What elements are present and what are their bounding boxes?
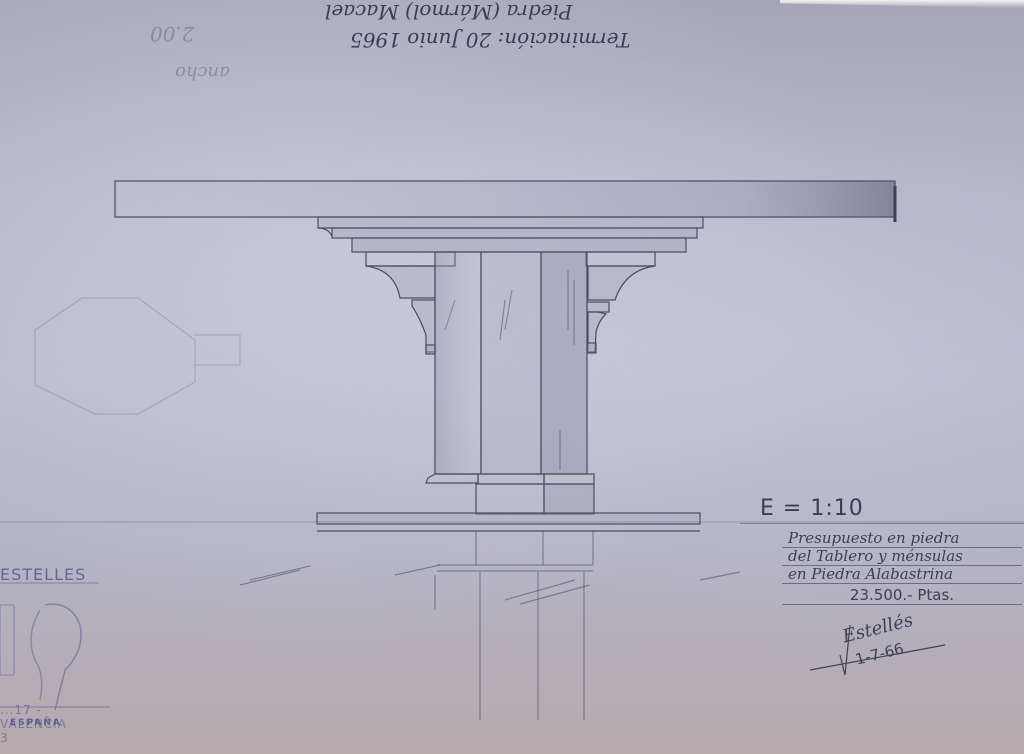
budget-line-2: del Tablero y ménsulas: [782, 548, 1022, 566]
stamp-country: ESPAÑA: [10, 718, 62, 728]
budget-line-3: en Piedra Alabastrina: [782, 566, 1022, 584]
central-pedestal: [435, 252, 587, 474]
scale-label: E = 1:10: [760, 496, 864, 521]
signature-flourish: [805, 620, 955, 680]
left-corbel: [366, 266, 435, 354]
table-top-slab: [115, 181, 895, 222]
right-corbel: [587, 266, 655, 353]
stamp-portrait-icon: [0, 580, 110, 720]
budget-price: 23.500.- Ptas.: [782, 586, 1022, 605]
foundation-construction-lines: [240, 531, 740, 720]
scale-rule: [740, 523, 1024, 524]
octagon-plan-sketch: [35, 298, 240, 414]
plinth-base: [426, 474, 594, 514]
budget-note: Presupuesto en piedra del Tablero y méns…: [782, 530, 1022, 605]
budget-line-1: Presupuesto en piedra: [782, 530, 1022, 548]
